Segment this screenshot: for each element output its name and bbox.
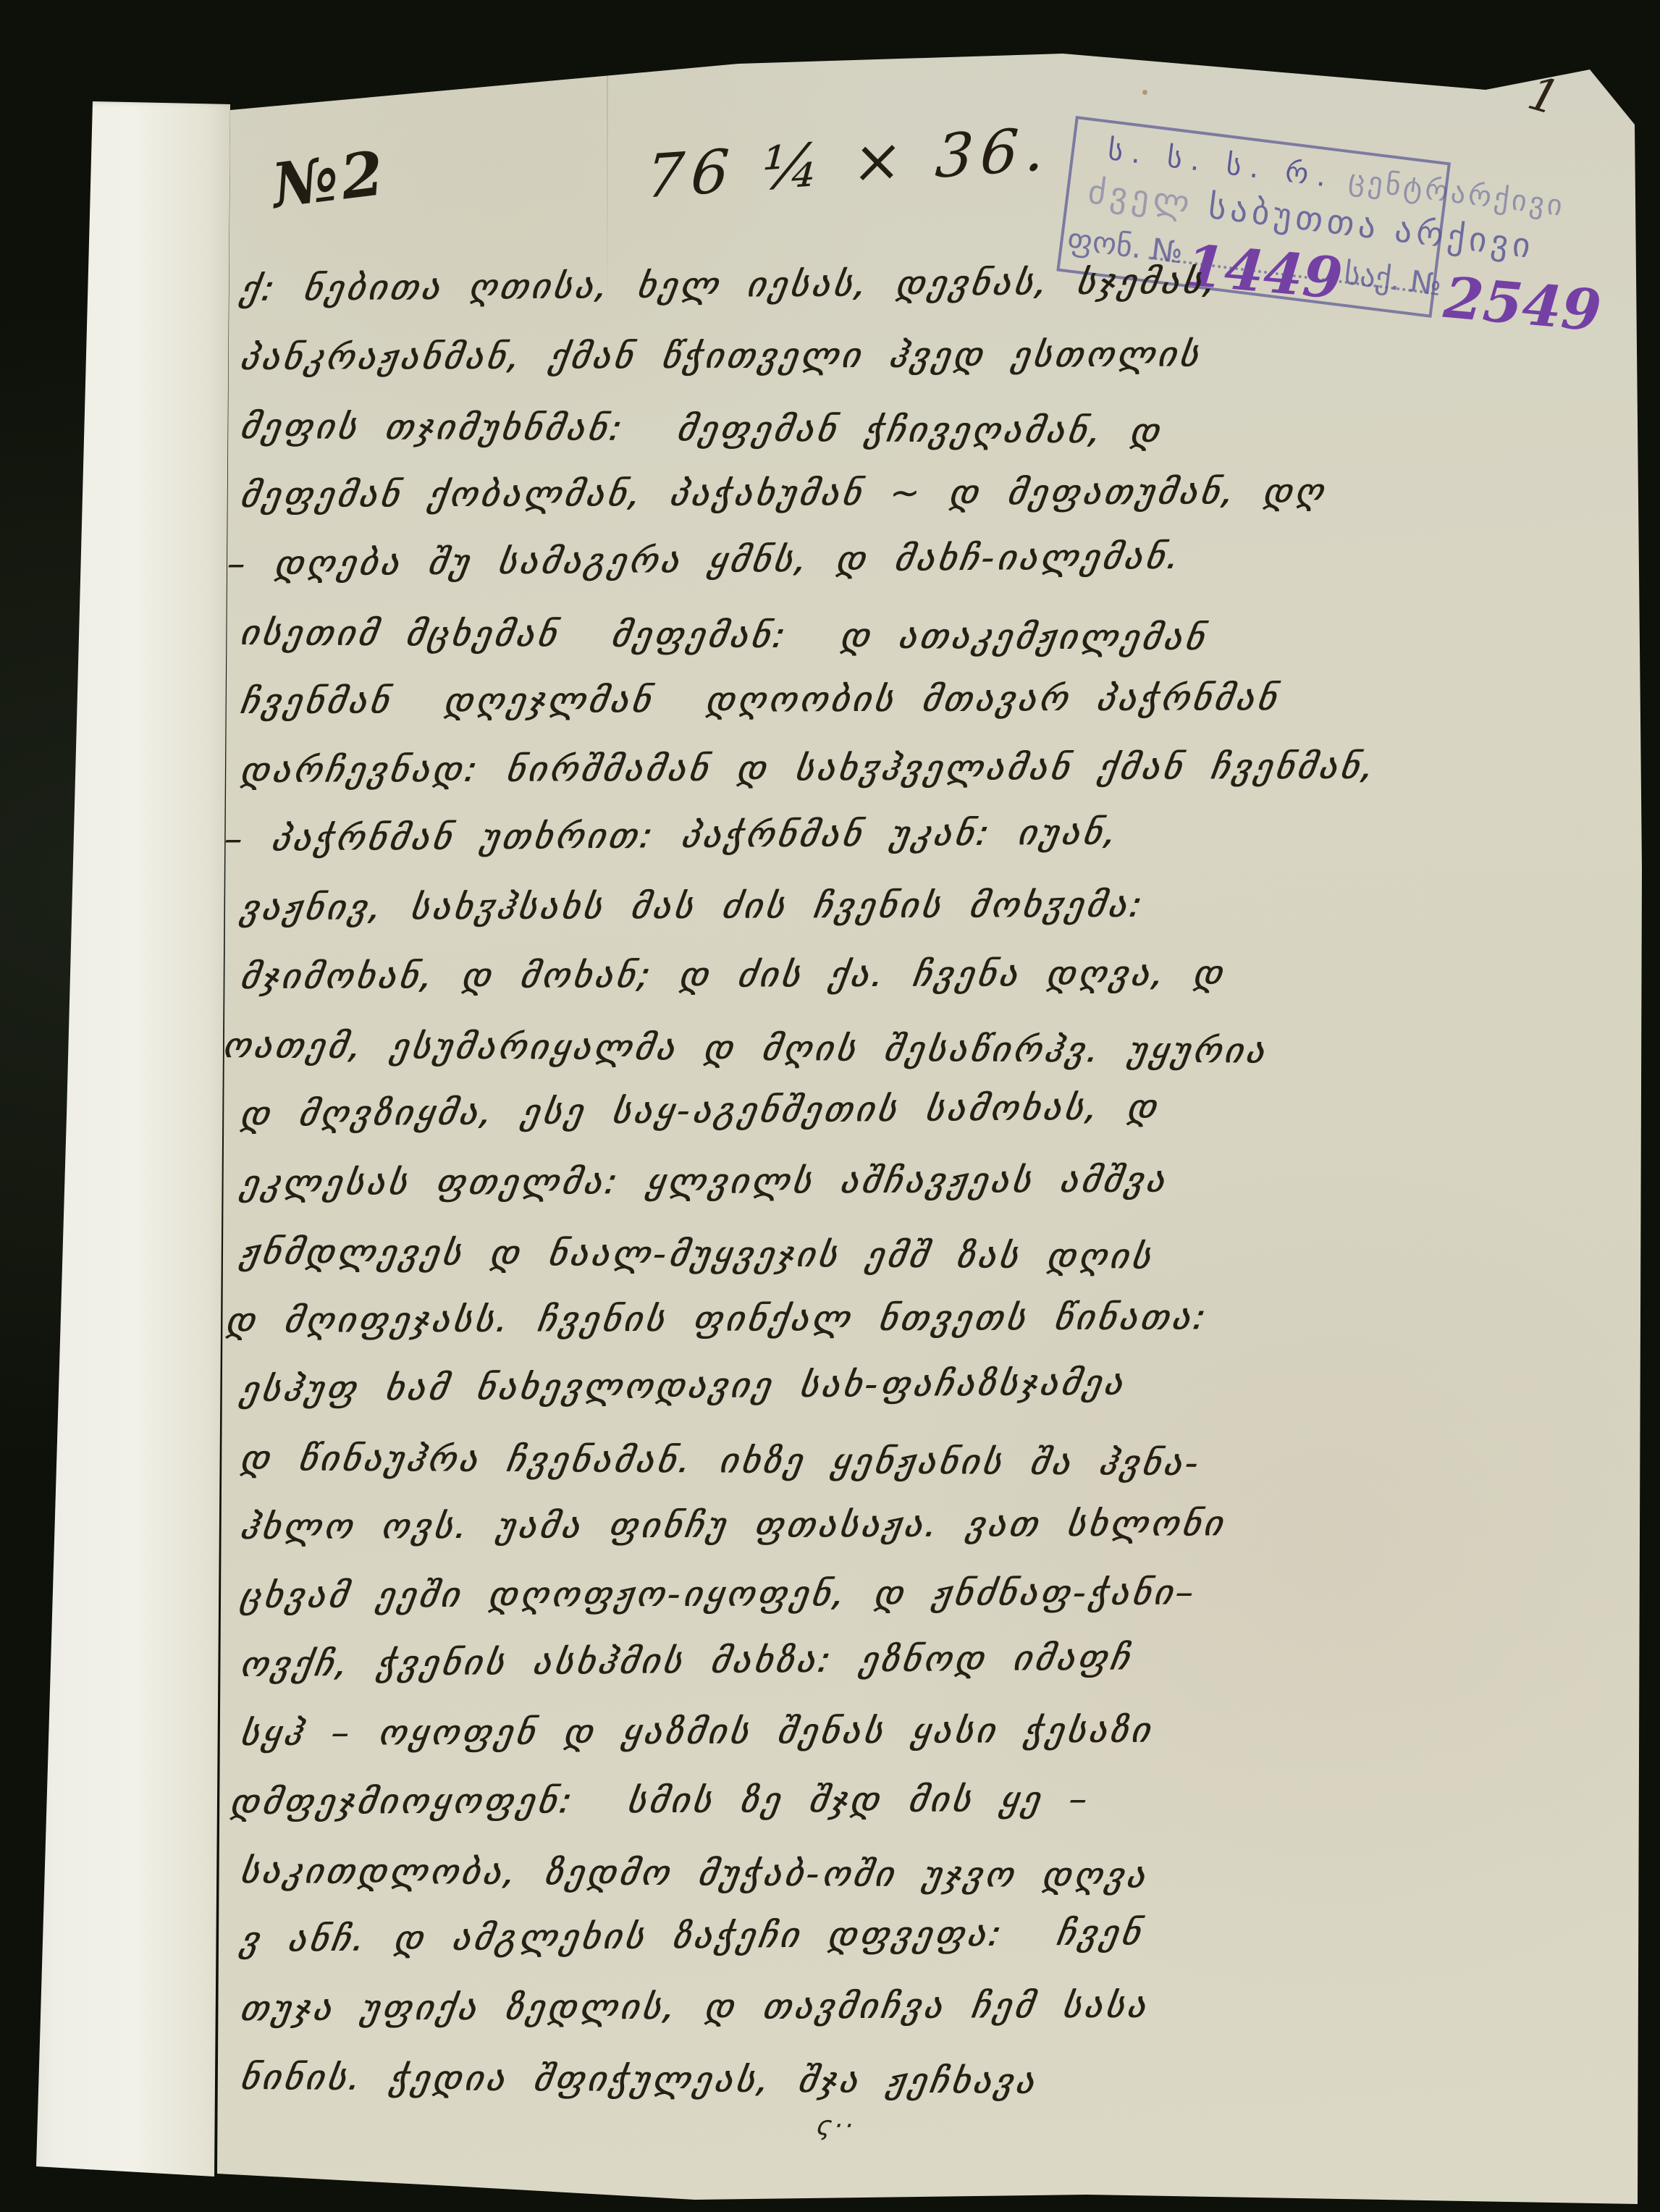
manuscript-text: ქ: ნებითა ღთისა, ხელ იესას, დევნას, სჯემ… bbox=[240, 255, 1587, 2112]
paper-speck bbox=[1142, 90, 1147, 95]
manuscript-line: ვ ანჩ. დ ამგლეხის ზაჭეჩი დფვეფა: ჩვენ bbox=[235, 1895, 1595, 1975]
manuscript-line: ჰხლო ოვს. უამა ფინჩუ ფთასაჟა. ვათ სხლონი bbox=[235, 1489, 1593, 1562]
manuscript-line: დ მღვზიყმა, ესე საყ-აგენშეთის სამოხას, დ bbox=[235, 1069, 1595, 1149]
catchword-mark: ς·· bbox=[814, 2111, 857, 2141]
tissue-guard-page bbox=[0, 101, 243, 2183]
paper-speck bbox=[560, 73, 565, 78]
manuscript-line: დ მღიფეჯასს. ჩვენის ფინქალ ნთვეთს წინათა… bbox=[221, 1282, 1593, 1355]
manuscript-line: ცხვამ ეეში დღოფჟო-იყოფენ, დ ჟნძნაფ-ჭანი– bbox=[235, 1557, 1593, 1631]
manuscript-line: ესჰუფ ხამ ნახევლოდავიე სახ-ფაჩაზსჯამეა bbox=[235, 1345, 1595, 1424]
manuscript-line: – დღება შუ სამაგერა ყმნს, დ მახჩ-იალემან… bbox=[222, 519, 1595, 599]
manuscript-line: – პაჭრნმან უთხრით: პაჭრნმან უკან: იუან, bbox=[219, 794, 1595, 874]
manuscript-line: ვაჟნივ, სახჳჰსახს მას ძის ჩვენის მოხჳემა… bbox=[235, 870, 1593, 943]
manuscript-line: დარჩევნად: ნირშმამან დ სახჳჰველამან ქმან… bbox=[235, 732, 1593, 805]
dimensions-annotation: 76 ¼ × 36. bbox=[644, 114, 1053, 212]
book-scan: 1 №2 76 ¼ × 36. ს. ს. ს. რ. ცენტრარქივი … bbox=[0, 0, 1660, 2212]
item-number-annotation: №2 bbox=[269, 137, 391, 222]
manuscript-line: სყჰ – ოყოფენ დ ყაზმის შენას ყასი ჭესაზი bbox=[235, 1695, 1593, 1768]
manuscript-line: ქ: ნებითა ღთისა, ხელ იესას, დევნას, სჯემ… bbox=[235, 244, 1595, 324]
manuscript-line: ოვქჩ, ჭვენის ასხჰმის მახზა: ეზნოდ იმაფჩ bbox=[235, 1620, 1595, 1699]
manuscript-line: მეფემან ქობალმან, პაჭახუმან ~ დ მეფათუმა… bbox=[235, 457, 1593, 530]
manuscript-line: პანკრაჟანმან, ქმან წჭითველი ჰვედ ესთოლის bbox=[235, 319, 1593, 392]
manuscript-line: მჯიმოხან, დ მოხან; დ ძის ქა. ჩვენა დღვა,… bbox=[235, 938, 1593, 1012]
manuscript-line: ეკლესას ფთელმა: ყლვილს აშჩავჟეას ამშვა bbox=[235, 1145, 1593, 1218]
manuscript-line: თუჯა უფიქა ზედლის, დ თავმიჩვა ჩემ სასა bbox=[235, 1970, 1593, 2043]
manuscript-line: დმფეჯმიოყოფენ: სმის ზე შჯდ მის ყე – bbox=[225, 1763, 1593, 1837]
manuscript-line: ნინის. ჭედია შფიჭულეას, შჯა ჟეჩხავა bbox=[235, 2043, 1591, 2119]
manuscript-line: ჩვენმან დღეჯლმან დღოობის მთავარ პაჭრნმან bbox=[235, 663, 1593, 736]
manuscript-page: 1 №2 76 ¼ × 36. ს. ს. ს. რ. ცენტრარქივი … bbox=[0, 0, 1660, 2212]
folio-number: 1 bbox=[1522, 67, 1566, 126]
